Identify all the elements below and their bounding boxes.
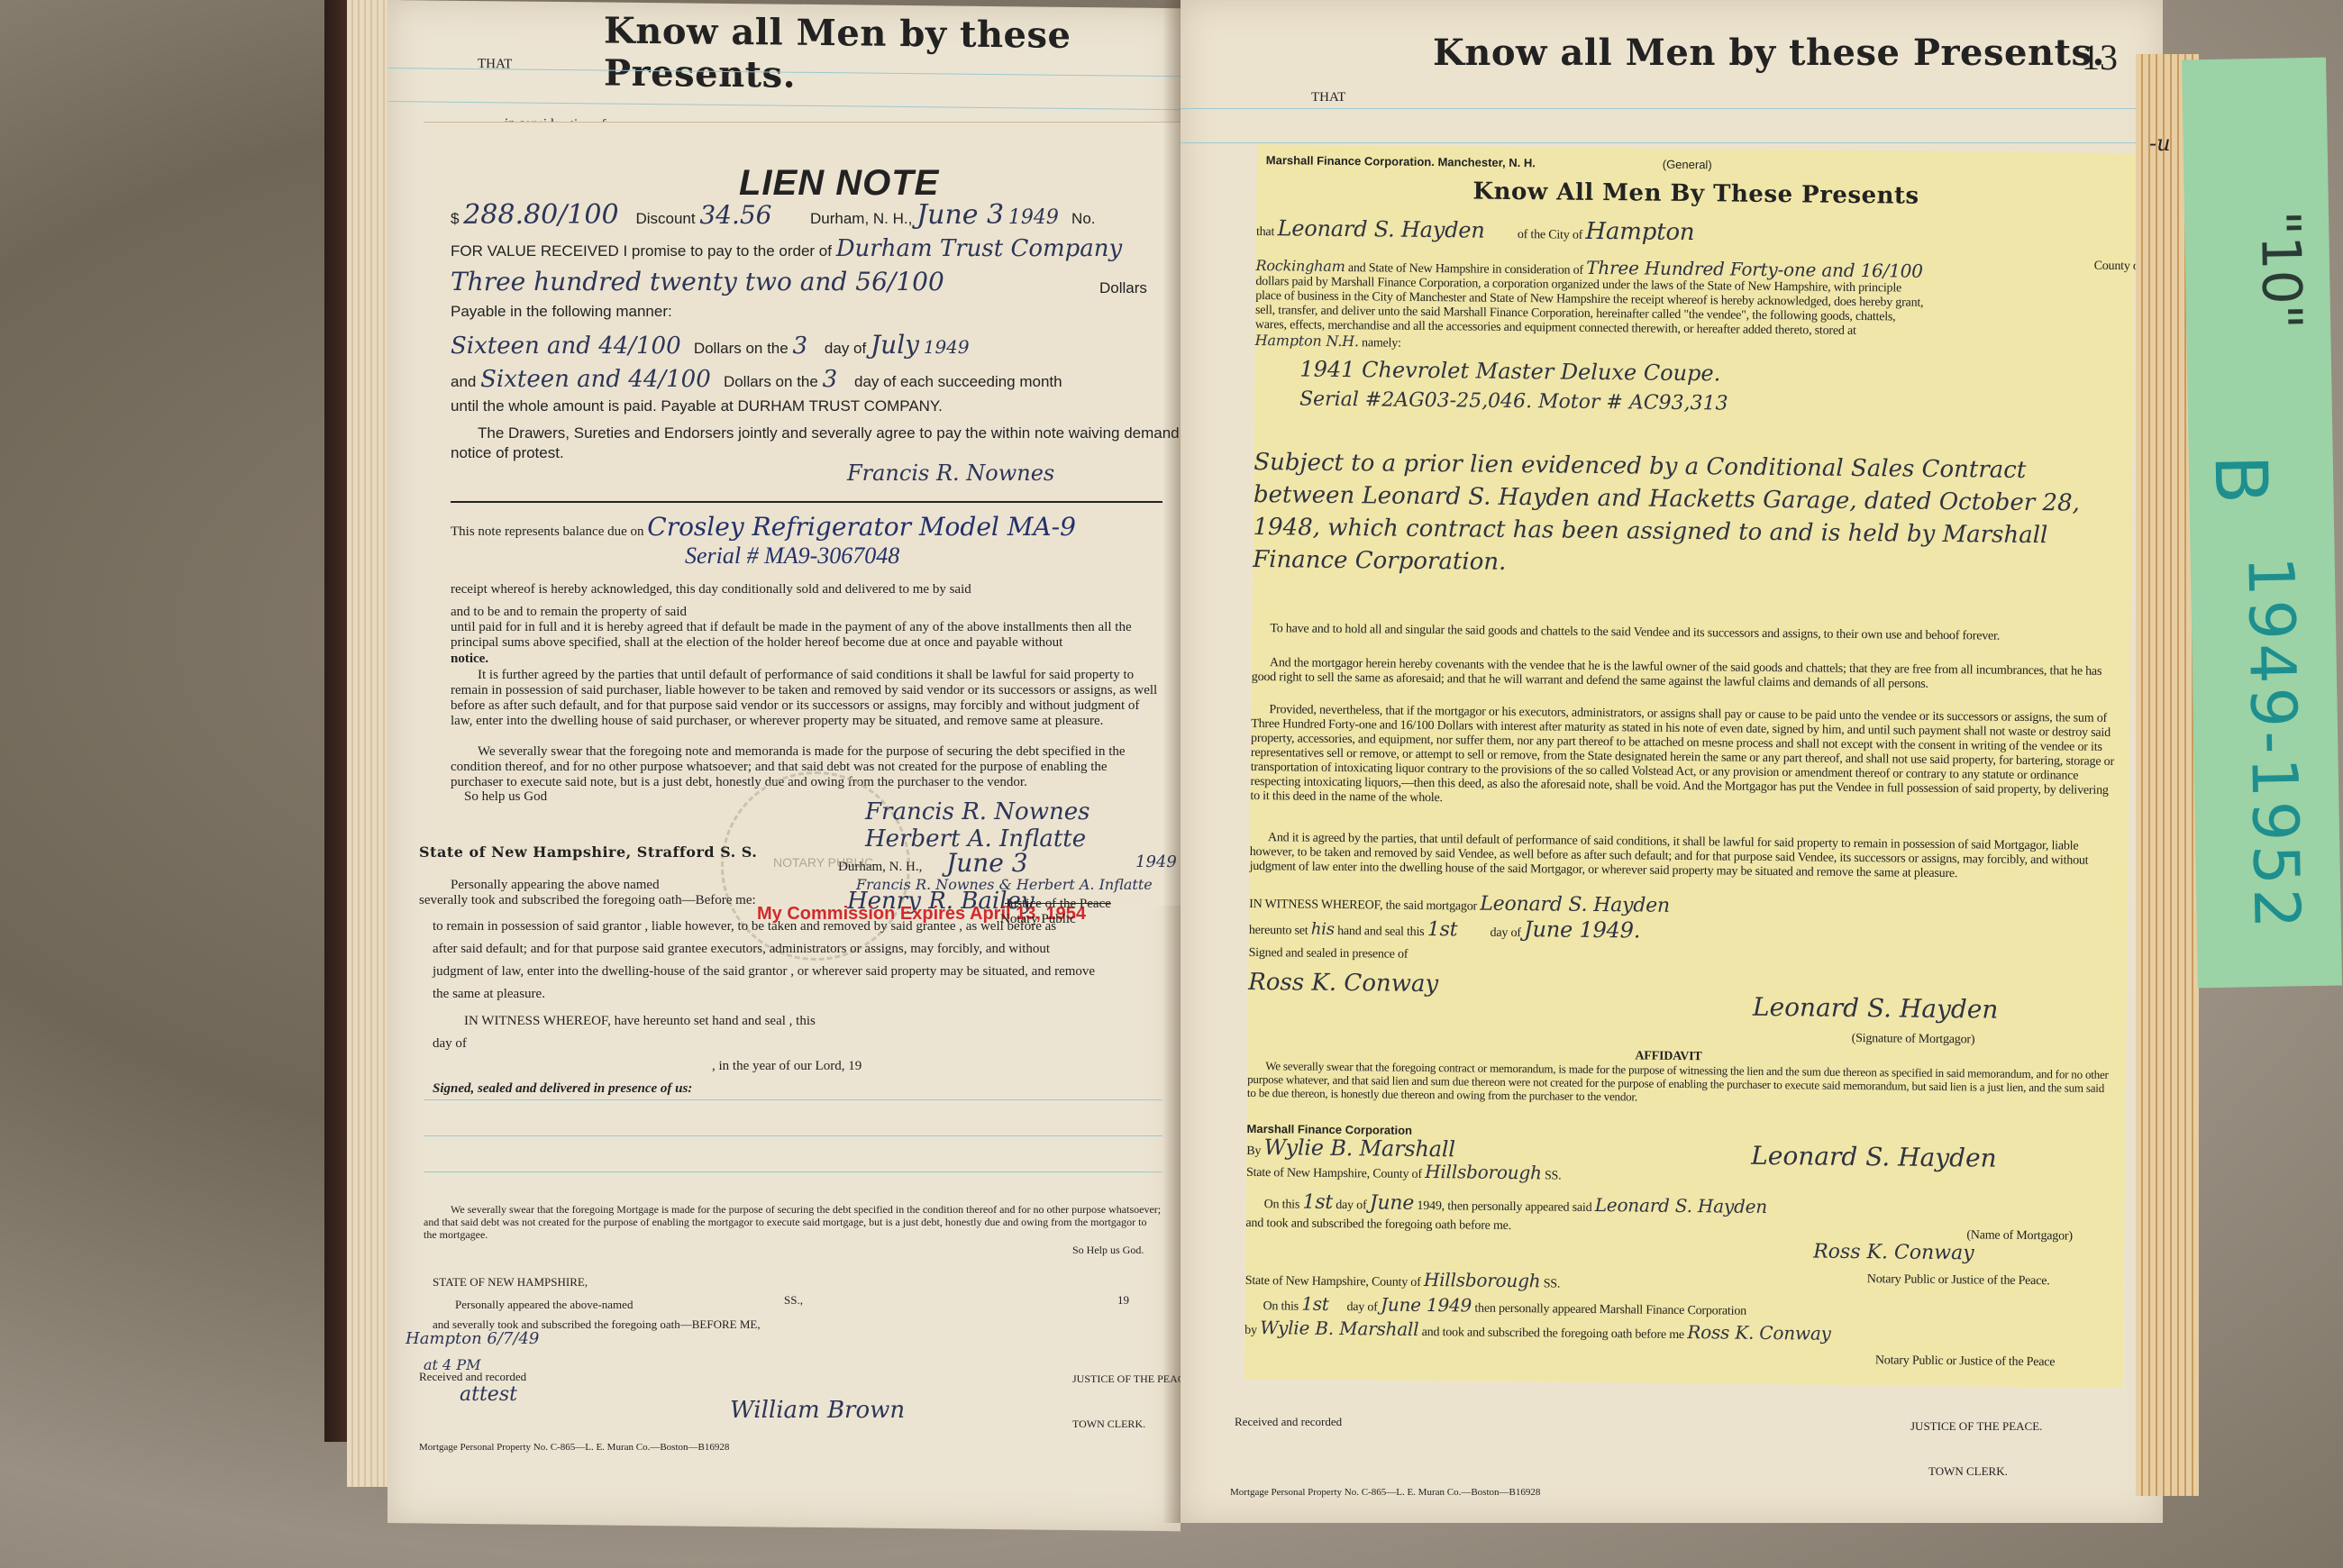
ruled-line (387, 101, 1181, 110)
on-this-label: On this (1264, 1198, 1300, 1211)
installment-2-day: 3 (823, 366, 838, 393)
town-clerk-label: TOWN CLERK. (1072, 1418, 1145, 1431)
day-of-label: day of (825, 340, 866, 357)
further-agreed-text: It is further agreed by the parties that… (451, 668, 1162, 729)
mortgage-heading: Know All Men By These Presents (1472, 178, 1919, 210)
subscribed-text: severally took and subscribed the forego… (419, 893, 756, 908)
mortgagor-signature: Leonard S. Hayden (1753, 992, 1999, 1025)
corp-signature: Wylie B. Marshall (1263, 1135, 1454, 1162)
affidavit-text: We severally swear that the foregoing co… (1247, 1059, 2112, 1108)
notary-1-label: Notary Public or Justice of the Peace. (1867, 1272, 2050, 1289)
hand-seal-label: hand and seal this (1337, 925, 1424, 939)
general-label: (General) (1663, 158, 1712, 172)
and-label: and (451, 373, 476, 390)
county-value: Rockingham (1255, 257, 1345, 275)
form-footer: Mortgage Personal Property No. C-865—L. … (419, 1442, 729, 1453)
witness-name: Leonard S. Hayden (1480, 893, 1670, 917)
by-3-line: by Wylie B. Marshall and took and subscr… (1244, 1320, 1831, 1345)
state-nh: STATE OF NEW HAMPSHIRE, (433, 1275, 588, 1290)
by-3-label: by (1244, 1324, 1257, 1337)
signer-1: Francis R. Nownes (847, 460, 1054, 486)
witness-line: IN WITNESS WHEREOF, have hereunto set ha… (464, 1014, 816, 1029)
installment-1: Sixteen and 44/100 Dollars on the 3 day … (451, 330, 970, 360)
balance-item: Crosley Refrigerator Model MA-9 (647, 512, 1076, 542)
page-number: 13 (2082, 36, 2118, 78)
ruled-line (424, 1099, 1162, 1100)
oath-date: June 3 (946, 848, 1028, 878)
namely-label: namely: (1362, 336, 1401, 350)
mortgagor-line: that Leonard S. Hayden of the City of Ha… (1256, 221, 1695, 244)
discount-value: 34.56 (699, 200, 771, 230)
notary-2-label: Notary Public or Justice of the Peace (1875, 1354, 2056, 1370)
took-oath-3-label: and took and subscribed the foregoing oa… (1422, 1326, 1684, 1342)
day-2-value: 1st (1302, 1191, 1333, 1214)
discount-label: Discount (635, 210, 695, 227)
signature-label: (Signature of Mortgagor) (1852, 1032, 1975, 1047)
form-para-4: the same at pleasure. (433, 987, 545, 1002)
state-county-label: State of New Hampshire, County of (1246, 1166, 1422, 1181)
attest-handwritten: attest (460, 1383, 517, 1406)
promise-text: FOR VALUE RECEIVED I promise to pay to t… (451, 242, 832, 260)
form-footer: Mortgage Personal Property No. C-865—L. … (1230, 1487, 1540, 1498)
installment-1-month: July (871, 330, 919, 360)
agreed-clause: And it is agreed by the parties, that un… (1250, 831, 2115, 883)
succeeding-label: day of each succeeding month (854, 373, 1062, 390)
amount-words: Three hundred twenty two and 56/100 (451, 267, 944, 296)
dollars-label: Dollars (1099, 279, 1147, 297)
notice-protest: notice of protest. (451, 444, 564, 462)
no-label: No. (1071, 210, 1095, 227)
form-para-3: judgment of law, enter into the dwelling… (433, 964, 1095, 980)
signed-presence: Signed, sealed and delivered in presence… (433, 1081, 692, 1097)
mortgagor-name: Leonard S. Hayden (1277, 215, 1484, 242)
by-3-name: Wylie B. Marshall (1260, 1317, 1418, 1340)
company-header: Marshall Finance Corporation. Manchester… (1266, 153, 1536, 169)
ss-3-label: SS. (1544, 1277, 1561, 1290)
personally-corp-label: then personally appeared Marshall Financ… (1474, 1302, 1746, 1318)
county-2-value: Hillsborough (1425, 1161, 1542, 1183)
receipt-text: receipt whereof is hereby acknowledged, … (451, 582, 971, 597)
amount-line: $ 288.80/100 Discount 34.56 Durham, N. H… (451, 199, 1096, 231)
town-clerk-label: TOWN CLERK. (1928, 1464, 2008, 1479)
name-label: (Name of Mortgagor) (1966, 1228, 2073, 1244)
year-of-lord: , in the year of our Lord, 19 (712, 1059, 862, 1074)
affiant-signature: Leonard S. Hayden (1751, 1141, 1997, 1173)
that-label: THAT (478, 57, 512, 72)
default-text: until paid for in full and it is hereby … (451, 620, 1162, 651)
ruled-line (424, 1135, 1162, 1136)
divider-line (451, 501, 1162, 503)
installment-1-year: 1949 (924, 336, 970, 358)
balance-line: This note represents balance due on Cros… (451, 519, 1076, 540)
installment-2-amount: Sixteen and 44/100 (480, 366, 711, 393)
mortgage-slip: Marshall Finance Corporation. Manchester… (1244, 144, 2136, 1388)
form-para-2: after said default; and for that purpose… (433, 942, 1050, 957)
justice-label: Justice of the Peace (1005, 897, 1111, 912)
lien-note-title: LIEN NOTE (739, 163, 939, 204)
nineteen-label: 19 (1117, 1293, 1129, 1308)
amount-value: 288.80/100 (463, 199, 618, 231)
state-county-line: State of New Hampshire, County of Hillsb… (1246, 1162, 1562, 1184)
received-recorded: Received and recorded (1235, 1415, 1342, 1429)
city-label: of the City of (1518, 228, 1582, 242)
lien-place: Durham, N. H., (810, 210, 912, 227)
signature-a: Francis R. Nownes (865, 798, 1089, 825)
day-of-3-label: day of (1346, 1300, 1377, 1314)
day-value: 1st (1427, 918, 1458, 941)
dollars-on-label: Dollars on the (724, 373, 818, 390)
jp-label: JUSTICE OF THE PEACE. (1910, 1419, 2042, 1434)
serial-number: Serial # MA9-3067048 (685, 548, 899, 563)
balance-label: This note represents balance due on (451, 524, 644, 539)
on-this-3-line: On this 1st day of June 1949 then person… (1263, 1296, 1746, 1319)
provided-clause: Provided, nevertheless, that if the mort… (1250, 703, 2116, 813)
dollars-on-label: Dollars on the (694, 340, 789, 357)
signed-presence-label: Signed and sealed in presence of (1249, 946, 1409, 962)
ss-label: SS., (784, 1293, 803, 1308)
hereunto-label: hereunto set (1249, 924, 1308, 938)
lien-date: June 3 (916, 199, 1004, 231)
on-this-3-label: On this (1263, 1299, 1299, 1313)
state-county-3-label: State of New Hampshire, County of (1245, 1274, 1421, 1290)
tab-years: 1949-1952 (2233, 555, 2313, 933)
payee: Durham Trust Company (836, 235, 1123, 262)
by-label: By (1246, 1144, 1261, 1158)
lien-note-slip: LIEN NOTE $ 288.80/100 Discount 34.56 Du… (424, 122, 1199, 906)
remain-text: and to be and to remain the property of … (451, 605, 687, 620)
appearing-text: Personally appearing the above named (451, 878, 660, 893)
witness-signature: Ross K. Conway (1248, 969, 1438, 998)
appeared-name: Leonard S. Hayden (1595, 1194, 1767, 1217)
recorded-place-date: Hampton 6/7/49 (406, 1329, 539, 1348)
prior-lien-note: Subject to a prior lien evidenced by a C… (1253, 446, 2119, 585)
amount-words-line: Three hundred twenty two and 56/100 Doll… (451, 267, 944, 296)
day-3-value: 1st (1301, 1293, 1329, 1315)
took-oath-label: and took and subscribed the foregoing oa… (1245, 1217, 1511, 1234)
by-line: By Wylie B. Marshall (1246, 1140, 1455, 1161)
habendum-clause: To have and to hold all and singular the… (1252, 622, 2117, 645)
serial-motor: Serial #2AG03-25,046. Motor # AC93,313 (1299, 388, 1728, 415)
so-help-us-god: So help us God (464, 789, 547, 805)
city-value: Hampton (1585, 218, 1694, 246)
promise-line: FOR VALUE RECEIVED I promise to pay to t… (451, 235, 1122, 262)
left-page-heading: Know all Men by these Presents. (604, 10, 1181, 101)
until-paid: until the whole amount is paid. Payable … (451, 397, 943, 415)
month-2-value: June (1370, 1191, 1415, 1215)
so-help-god: So Help us God. (1072, 1244, 1144, 1257)
edge-mark: -u (2149, 131, 2171, 156)
payable-label: Payable in the following manner: (451, 303, 672, 321)
county-3-value: Hillsborough (1424, 1269, 1541, 1291)
ruled-line (424, 1171, 1162, 1172)
month-year-3-value: June 1949 (1381, 1294, 1472, 1317)
consideration-label: and State of New Hampshire in considerat… (1348, 261, 1583, 278)
his-value: his (1311, 920, 1335, 939)
ss-label: SS. (1545, 1169, 1562, 1182)
installment-1-day: 3 (792, 333, 807, 360)
witness-line: IN WITNESS WHEREOF, the said mortgagor L… (1249, 895, 1670, 916)
day-of-label: day of (433, 1036, 467, 1052)
lien-year: 1949 (1008, 206, 1059, 229)
vehicle-description: 1941 Chevrolet Master Deluxe Coupe. (1299, 357, 1720, 387)
tab-mark: "10" (2248, 210, 2313, 330)
that-label: that (1256, 225, 1274, 239)
state-county-3-line: State of New Hampshire, County of Hillsb… (1245, 1271, 1561, 1292)
form-para-1: to remain in possession of said grantor … (433, 919, 1056, 934)
installment-2: and Sixteen and 44/100 Dollars on the 3 … (451, 366, 1062, 393)
stored-at-value: Hampton N.H. (1255, 332, 1359, 350)
index-tab: "10" B 1949-1952 (2182, 58, 2342, 989)
personally-label: then personally appeared said (1447, 1199, 1591, 1215)
hand-seal-line: hereunto set his hand and seal this 1st … (1249, 919, 1641, 943)
notary-2-signature: Ross K. Conway (1687, 1321, 1831, 1345)
covenant-clause: And the mortgagor herein hereby covenant… (1252, 656, 2117, 694)
ruled-line (1181, 142, 2163, 143)
year-2-value: 1949 (1417, 1199, 1441, 1213)
witness-label: IN WITNESS WHEREOF, the said mortgagor (1249, 898, 1477, 914)
installment-1-amount: Sixteen and 44/100 (451, 333, 681, 360)
notary-1-signature: Ross K. Conway (1813, 1241, 1974, 1265)
mortgage-swear: We severally swear that the foregoing Mo… (424, 1203, 1162, 1241)
received-recorded: Received and recorded (419, 1370, 526, 1384)
stored-line: Hampton N.H. namely: (1255, 333, 1401, 351)
notice-label: notice. (451, 652, 488, 667)
oath-place: Durham, N. H., (838, 860, 922, 875)
right-page-heading: Know all Men by these Presents. (1433, 32, 2105, 74)
day-of-label: day of (1491, 926, 1521, 940)
month-year-value: June 1949. (1524, 916, 1640, 943)
tab-letter: B (2199, 454, 2284, 506)
state-strafford: State of New Hampshire, Strafford S. S. (419, 843, 757, 861)
on-this-line: On this 1st day of June 1949, then perso… (1264, 1194, 1767, 1217)
ruled-line (1181, 108, 2163, 109)
clerk-signature: William Brown (730, 1397, 905, 1424)
appeared-label: Personally appeared the above-named (455, 1298, 633, 1312)
drawers-text: The Drawers, Sureties and Endorsers join… (478, 424, 1209, 442)
that-label: THAT (1311, 90, 1345, 105)
